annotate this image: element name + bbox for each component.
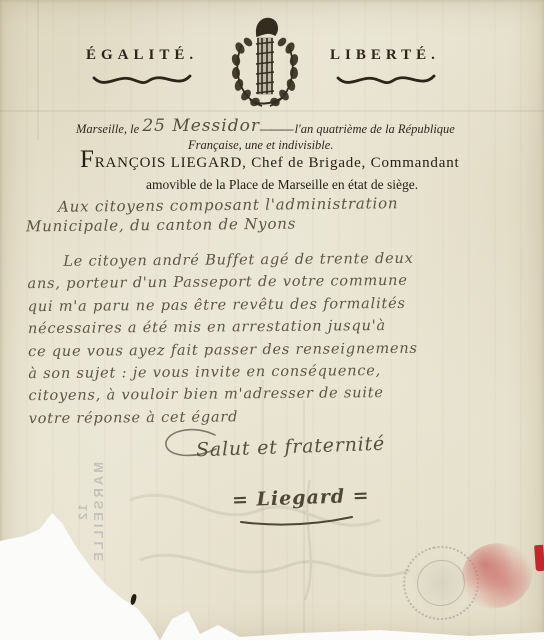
red-edge-mark <box>534 545 544 572</box>
bleedthrough-writing <box>120 470 420 610</box>
dateline-year-text: l'an quatrième de la République <box>295 122 455 136</box>
heading-line1: FRANÇOIS LIEGARD, Chef de Brigade, Comma… <box>80 153 500 172</box>
dateline-place-prefix: Marseille, le <box>76 122 139 136</box>
header-word-liberte: LIBERTÉ. <box>330 47 440 64</box>
flourish-under-egalite <box>90 70 194 90</box>
letter-paper: ÉGALITÉ. LIBERTÉ. <box>0 0 544 640</box>
mirrored-stamp-city: MARSEILLE <box>91 462 106 564</box>
body-line: votre réponse à cet égard <box>29 404 525 431</box>
dateline-year-line2: Française, une et indivisible. <box>188 138 333 153</box>
handwritten-date: 25 Messidor <box>142 116 260 136</box>
vertical-chain-line <box>37 0 39 140</box>
flourish-under-liberte <box>334 70 438 90</box>
fasces-liberty-cap-wreath-icon <box>226 14 304 114</box>
closing-salutation: Salut et fraternité <box>196 433 386 462</box>
heading-line2: amovible de la Place de Marseille en éta… <box>146 177 418 193</box>
salutation-line1: Aux citoyens composant l'administration <box>58 194 399 216</box>
document-scene: ÉGALITÉ. LIBERTÉ. <box>0 0 544 640</box>
salutation-line2: Municipale, du canton de Nyons <box>26 215 296 236</box>
mirrored-stamp-number: 12 <box>76 462 91 564</box>
letter-body: Le citoyen andré Buffet agé de trente de… <box>27 247 525 431</box>
header-word-egalite: ÉGALITÉ. <box>86 47 198 64</box>
dateline-dash-flourish: ——— <box>260 122 292 136</box>
dateline: Marseille, le 25 Messidor——— l'an quatri… <box>76 118 516 138</box>
